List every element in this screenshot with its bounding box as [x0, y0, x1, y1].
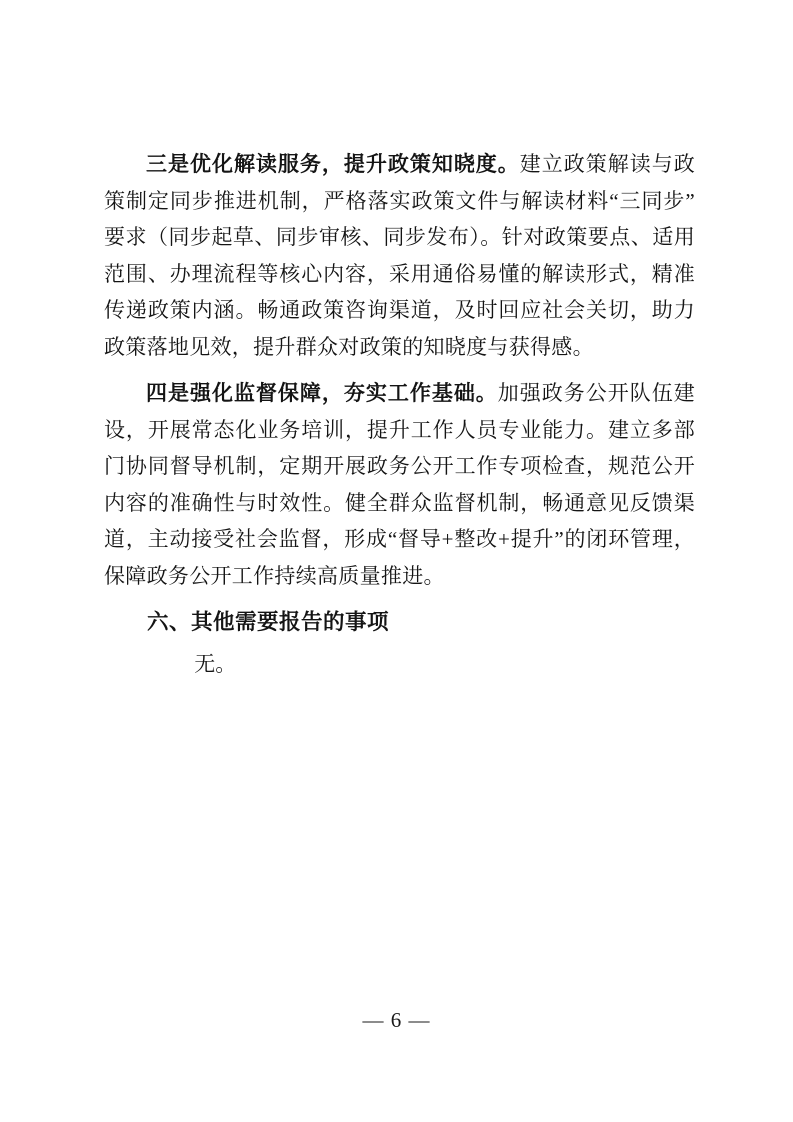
paragraph-four-text: 加强政务公开队伍建设，开展常态化业务培训，提升工作人员专业能力。建立多部门协同督… [104, 381, 695, 588]
paragraph-four: 四是强化监督保障，夯实工作基础。加强政务公开队伍建设，开展常态化业务培训，提升工… [104, 375, 695, 594]
document-body: 三是优化解读服务，提升政策知晓度。建立政策解读与政策制定同步推进机制，严格落实政… [104, 146, 695, 682]
section-six-body: 无。 [104, 646, 695, 683]
page-number-text: — 6 — [363, 1008, 431, 1032]
paragraph-three: 三是优化解读服务，提升政策知晓度。建立政策解读与政策制定同步推进机制，严格落实政… [104, 146, 695, 365]
page-number: — 6 — [0, 1003, 793, 1037]
paragraph-four-bold-lead: 四是强化监督保障，夯实工作基础。 [146, 381, 498, 405]
section-six-heading: 六、其他需要报告的事项 [104, 604, 695, 641]
paragraph-three-bold-lead: 三是优化解读服务，提升政策知晓度。 [146, 152, 520, 176]
paragraph-three-text: 建立政策解读与政策制定同步推进机制，严格落实政策文件与解读材料“三同步”要求（同… [104, 152, 695, 359]
document-page: 三是优化解读服务，提升政策知晓度。建立政策解读与政策制定同步推进机制，严格落实政… [0, 0, 793, 1122]
